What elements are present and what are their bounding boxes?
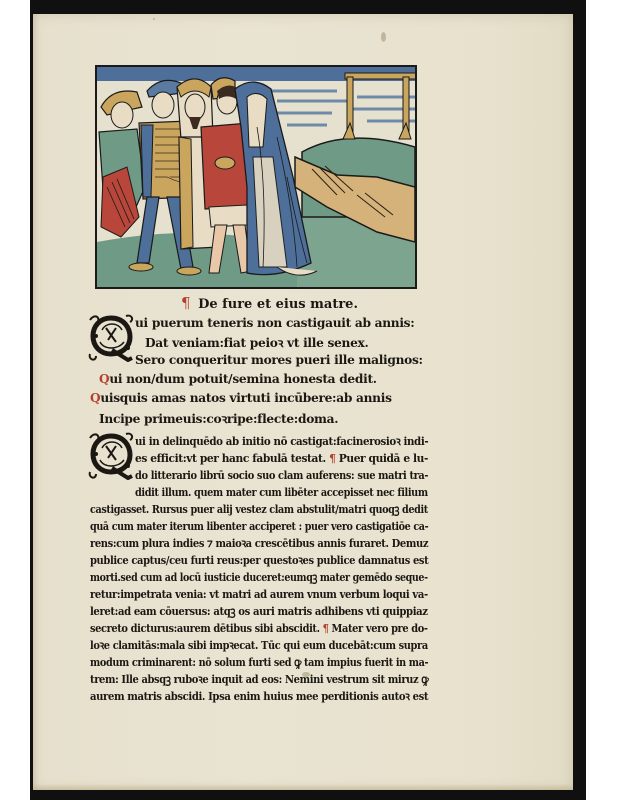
pilcrow-mark: ¶ — [181, 294, 191, 312]
fable-title: ¶ De fure et eius matre. — [181, 294, 358, 312]
verse-line: Quisquis amas natos virtuti incūbere:ab … — [90, 391, 392, 405]
decorative-initial-q-icon — [88, 430, 134, 480]
prose-line: ui in delinquēdo ab initio nō castigat:f… — [135, 434, 428, 449]
prose-line: quā cum mater iterum libenter acciperet … — [90, 519, 428, 533]
prose-line: didit illum. quem mater cum libēter acce… — [135, 485, 428, 499]
pilcrow-mark: ¶ — [323, 621, 329, 635]
rubricated-capital: Q — [90, 391, 100, 405]
decorative-initial-q-icon — [88, 312, 134, 362]
verse-line: Qui non/dum potuit/semina honesta dedit. — [99, 372, 377, 386]
verse-line-rest: ui non/dum potuit/semina honesta dedit. — [109, 372, 376, 386]
prose-line: retur:impetrata venia: vt matri ad aurem… — [90, 587, 428, 601]
pilcrow-mark: ¶ — [329, 451, 335, 465]
prose-line: leret:ad eam cōuersus: atqꝫ os auri matr… — [90, 604, 428, 619]
prose-line: loꝛe clamitās:mala sibi impꝛecat. Tūc qu… — [90, 638, 428, 653]
rubricated-capital: Q — [99, 372, 109, 386]
prose-line: aurem matris abscidi. Ipsa enim huius me… — [90, 689, 428, 704]
verse-line-rest: uisquis amas natos virtuti incūbere:ab a… — [100, 391, 391, 405]
prose-line: trem: Ille absqꝫ ruboꝛe inquit ad eos: N… — [90, 672, 428, 687]
prose-line: publice captus/ceu furti reus:per questo… — [90, 553, 428, 568]
prose-line: morti.sed cum ad locū iusticie duceret:e… — [90, 570, 428, 585]
prose-line: castigasset. Rursus puer alij vestez cla… — [90, 502, 428, 517]
verse-line: Sero conqueritur mores pueri ille malign… — [135, 353, 423, 367]
book-page: ¶ De fure et eius matre. ui puerum tener… — [33, 14, 573, 790]
verse-line: Incipe primeuis:coꝛripe:flecte:doma. — [99, 410, 338, 427]
foxing-spot — [381, 32, 386, 42]
foxing-spot — [153, 18, 155, 20]
page-bottom-edge — [33, 784, 573, 790]
prose-line: do litterario librū socio suo clam aufer… — [135, 468, 428, 482]
title-text: De fure et eius matre. — [198, 297, 358, 312]
scan-canvas: ¶ De fure et eius matre. ui puerum tener… — [0, 0, 618, 800]
prose-line: secreto dicturus:aurem dētibus sibi absc… — [90, 621, 428, 635]
prose-line: rens:cum plura indies ⁊ maioꝛa crescētib… — [90, 536, 428, 551]
verse-line: ui puerum teneris non castigauit ab anni… — [135, 316, 414, 330]
prose-line: es efficit:vt per hanc fabulā testat. ¶ … — [135, 451, 428, 465]
prose-line: modum criminarent: nō solum furti sed ꝙ … — [90, 655, 428, 670]
woodcut-illustration — [95, 65, 417, 289]
verse-line: Dat veniam:fiat peioꝛ vt ille senex. — [145, 334, 368, 351]
woodcut-scene-icon — [97, 67, 415, 287]
